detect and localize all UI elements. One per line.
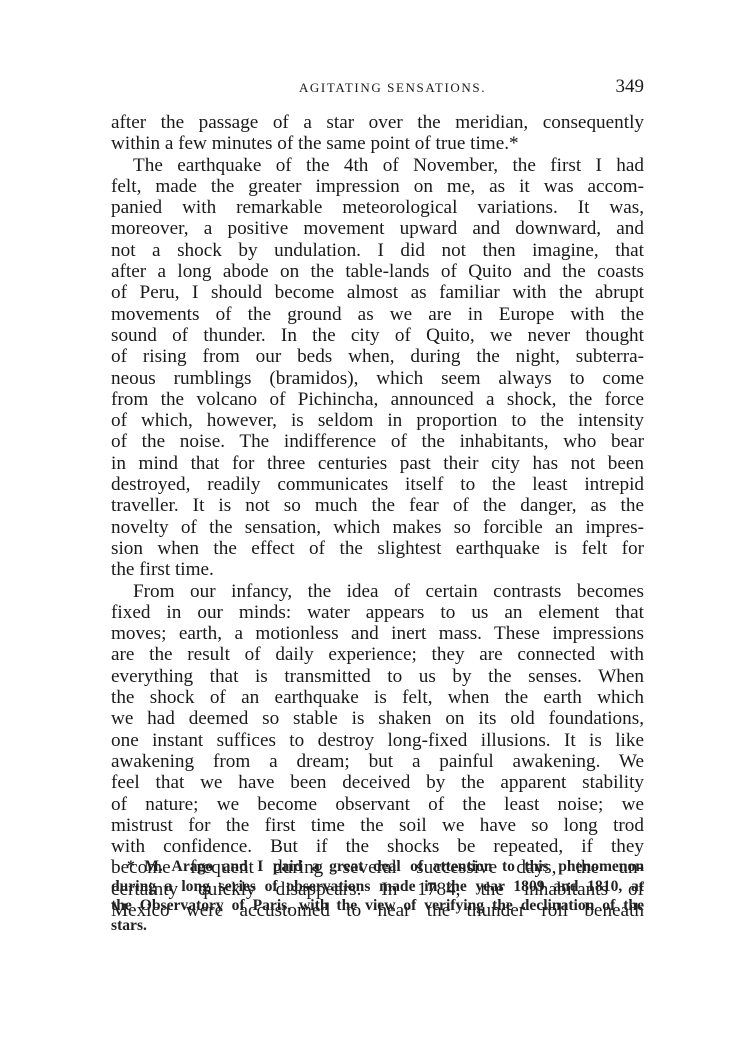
text-line: sound of thunder. In the city of Quito, … <box>111 325 644 346</box>
text-line: novelty of the sensation, which makes so… <box>111 517 644 538</box>
footnote-line: * M. Arago and I paid a great deal of at… <box>111 857 644 877</box>
text-line: of the noise. The indifference of the in… <box>111 431 644 452</box>
text-line: of Peru, I should become almost as famil… <box>111 282 644 303</box>
text-line: we had deemed so stable is shaken on its… <box>111 708 644 729</box>
text-line: in mind that for three centuries past th… <box>111 453 644 474</box>
text-line: moves; earth, a motionless and inert mas… <box>111 623 644 644</box>
text-line: the shock of an earthquake is felt, when… <box>111 687 644 708</box>
text-line: neous rumblings (bramidos), which seem a… <box>111 368 644 389</box>
text-line: of nature; we become observant of the le… <box>111 794 644 815</box>
text-line: from the volcano of Pichincha, announced… <box>111 389 644 410</box>
text-line: the first time. <box>111 559 644 580</box>
text-line: after the passage of a star over the mer… <box>111 112 644 133</box>
text-line: panied with remarkable meteorological va… <box>111 197 644 218</box>
text-line: feel that we have been deceived by the a… <box>111 772 644 793</box>
text-line: within a few minutes of the same point o… <box>111 133 644 154</box>
text-line: are the result of daily experience; they… <box>111 644 644 665</box>
footnote-line: the Observatory of Paris, with the view … <box>111 896 644 916</box>
text-line: felt, made the greater impression on me,… <box>111 176 644 197</box>
text-line: sion when the effect of the slightest ea… <box>111 538 644 559</box>
text-line: with confidence. But if the shocks be re… <box>111 836 644 857</box>
text-line: The earthquake of the 4th of November, t… <box>111 155 644 176</box>
text-line: one instant suffices to destroy long-fix… <box>111 730 644 751</box>
running-head: AGITATING SENSATIONS. <box>111 80 644 96</box>
text-line: after a long abode on the table-lands of… <box>111 261 644 282</box>
footnote-line: during a long series of observations mad… <box>111 877 644 897</box>
text-line: fixed in our minds: water appears to us … <box>111 602 644 623</box>
body-text: after the passage of a star over the mer… <box>111 112 644 921</box>
text-line: everything that is transmitted to us by … <box>111 666 644 687</box>
text-line: destroyed, readily communicates itself t… <box>111 474 644 495</box>
footnote: * M. Arago and I paid a great deal of at… <box>111 857 644 935</box>
text-line: traveller. It is not so much the fear of… <box>111 495 644 516</box>
text-line: From our infancy, the idea of certain co… <box>111 581 644 602</box>
footnote-line: stars. <box>111 916 644 936</box>
text-line: not a shock by undulation. I did not the… <box>111 240 644 261</box>
text-line: of which, however, is seldom in proporti… <box>111 410 644 431</box>
text-line: awakening from a dream; but a painful aw… <box>111 751 644 772</box>
page-number: 349 <box>616 76 645 98</box>
text-line: moreover, a positive movement upward and… <box>111 218 644 239</box>
page-header: AGITATING SENSATIONS. 349 <box>111 76 644 100</box>
text-line: mistrust for the first time the soil we … <box>111 815 644 836</box>
text-line: movements of the ground as we are in Eur… <box>111 304 644 325</box>
text-line: of rising from our beds when, during the… <box>111 346 644 367</box>
